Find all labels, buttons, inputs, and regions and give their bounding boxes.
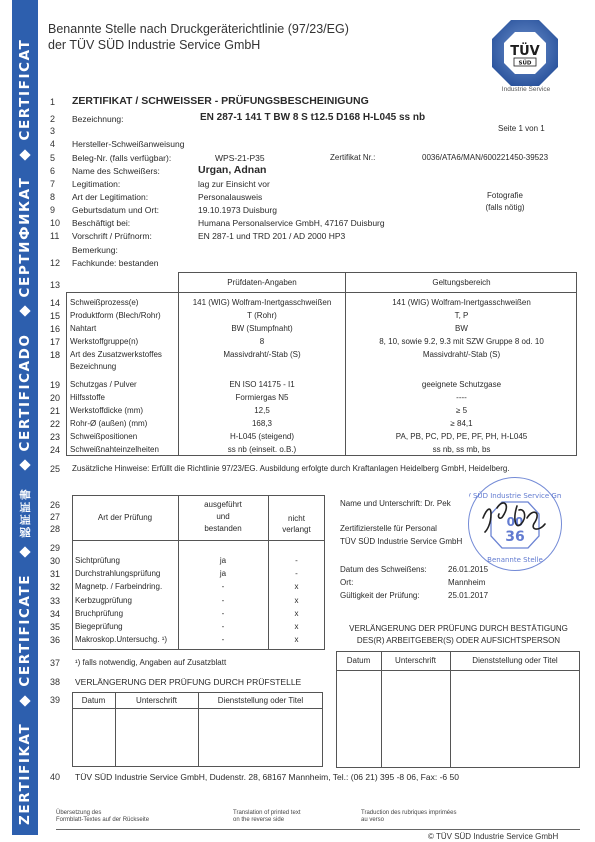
test-row-value: Formiergas N5 — [179, 393, 345, 402]
row-number: 26 — [50, 500, 60, 510]
column-header-signature: Unterschrift — [115, 696, 198, 705]
photo-placeholder-label: Fotografie — [470, 191, 540, 200]
employer-extension-title: VERLÄNGERUNG DER PRÜFUNG DURCH BESTÄTIGU… — [336, 624, 581, 633]
test-row-value: 12,5 — [179, 406, 345, 415]
logo-caption: Industrie Service — [489, 86, 563, 93]
employer-extension-subtitle: DES(R) ARBEITGEBER(S) ODER AUFSICHTSPERS… — [336, 636, 581, 645]
row-number: 21 — [50, 406, 60, 416]
test-row-value: BW (Stumpfnaht) — [179, 324, 345, 333]
footer-translation-fr: au verso — [361, 817, 384, 823]
exam-type: Durchstrahlungsprüfung — [75, 569, 160, 578]
row-number: 40 — [50, 772, 60, 782]
row-number: 39 — [50, 695, 60, 705]
value-vorschrift: EN 287-1 und TRD 201 / AD 2000 HP3 — [198, 231, 345, 241]
side-word: CERTIFICATE — [17, 574, 33, 687]
row-number: 10 — [50, 218, 60, 228]
value-place: Mannheim — [448, 578, 485, 587]
value-zertifikat: 0036/ATA6/MAN/600221450-39523 — [422, 153, 548, 162]
row-number: 9 — [50, 205, 55, 215]
copyright: © TÜV SÜD Industrie Service GmbH — [428, 832, 558, 841]
row-number: 20 — [50, 393, 60, 403]
page-info: Seite 1 von 1 — [498, 124, 545, 133]
row-number: 11 — [50, 231, 59, 241]
column-header-position: Dienststellung oder Titel — [450, 656, 580, 665]
test-row-range: PA, PB, PC, PD, PE, PF, PH, H-L045 — [346, 432, 577, 441]
table-divider — [450, 651, 451, 768]
test-row-value: Massivdraht/-Stab (S) — [179, 350, 345, 359]
exam-done: - — [178, 582, 268, 591]
label-hersteller: Hersteller-Schweißanweisung — [72, 139, 184, 149]
table-divider — [381, 651, 382, 768]
svg-text:36: 36 — [505, 529, 524, 545]
official-stamp: TÜV SÜD Industrie Service GmbH 00 36 Ben… — [468, 477, 562, 571]
row-number: 32 — [50, 582, 60, 592]
label-geburt: Geburtsdatum und Ort: — [72, 205, 159, 215]
footer-translation-en: on the reverse side — [233, 817, 284, 823]
exam-done: ja — [178, 556, 268, 565]
exam-not-required: - — [268, 569, 325, 578]
value-bezeichnung: EN 287-1 141 T BW 8 S t12.5 D168 H-L045 … — [200, 112, 425, 123]
row-number: 7 — [50, 179, 55, 189]
test-row-range: 141 (WIG) Wolfram-Inertgasschweißen — [346, 298, 577, 307]
column-header-not-required: nicht — [268, 514, 325, 523]
test-row-label: Rohr-Ø (außen) (mm) — [70, 419, 147, 428]
value-beleg: WPS-21-P35 — [215, 153, 265, 163]
row-number: 19 — [50, 380, 60, 390]
test-row-value: EN ISO 14175 - I1 — [179, 380, 345, 389]
exam-not-required: x — [268, 596, 325, 605]
footer-translation-de: Übersetzung des — [56, 810, 101, 816]
column-header-not-required: verlangt — [268, 525, 325, 534]
test-row-value: H-L045 (steigend) — [179, 432, 345, 441]
footnote: ¹) falls notwendig, Angaben auf Zusatzbl… — [75, 658, 226, 667]
exam-type: Magnetp. / Farbeindring. — [75, 582, 162, 591]
diamond-icon — [19, 460, 30, 471]
column-header-exam-type: Art der Prüfung — [72, 513, 178, 522]
test-row-label: Art des Zusatzwerkstoffes — [70, 350, 162, 359]
test-row-label: Schweißpositionen — [70, 432, 137, 441]
row-number: 4 — [50, 139, 55, 149]
test-row-label: Werkstoffdicke (mm) — [70, 406, 143, 415]
exam-not-required: x — [268, 635, 325, 644]
label-zertifikat: Zertifikat Nr.: — [330, 153, 375, 162]
test-row-value: 8 — [179, 337, 345, 346]
diamond-icon — [19, 149, 30, 160]
row-number: 31 — [50, 569, 60, 579]
row-number: 29 — [50, 543, 60, 553]
additional-notes: Zusätzliche Hinweise: Erfüllt die Richtl… — [72, 464, 510, 473]
svg-text:TÜV: TÜV — [510, 43, 540, 59]
row-number: 34 — [50, 609, 60, 619]
row-number: 14 — [50, 298, 60, 308]
exam-type: Biegeprüfung — [75, 622, 123, 631]
exam-not-required: x — [268, 609, 325, 618]
test-row-label: Schutzgas / Pulver — [70, 380, 137, 389]
stamp-icon: TÜV SÜD Industrie Service GmbH 00 36 Ben… — [469, 478, 561, 570]
certification-body-company: TÜV SÜD Industrie Service GmbH — [340, 537, 462, 546]
test-row-range: BW — [346, 324, 577, 333]
column-header-done: bestanden — [178, 524, 268, 533]
diamond-icon — [19, 306, 30, 317]
label-bezeichnung: Bezeichnung: — [72, 114, 124, 124]
column-header-signature: Unterschrift — [381, 656, 450, 665]
certification-body: Zertifizierstelle für Personal — [340, 524, 437, 533]
row-number: 8 — [50, 192, 55, 202]
column-header-position: Dienststellung oder Titel — [198, 696, 323, 705]
row-number: 16 — [50, 324, 60, 334]
test-row-label: Hilfsstoffe — [70, 393, 105, 402]
label-validity: Gültigkeit der Prüfung: — [340, 591, 420, 600]
column-header-date: Datum — [72, 696, 115, 705]
header-line-2: der TÜV SÜD Industrie Service GmbH — [48, 38, 260, 52]
row-number: 3 — [50, 126, 55, 136]
test-row-label: Werkstoffgruppe(n) — [70, 337, 138, 346]
exam-type: Sichtprüfung — [75, 556, 120, 565]
label-bemerkung: Bemerkung: — [72, 245, 118, 255]
footer-divider — [56, 829, 580, 830]
diamond-icon — [19, 695, 30, 706]
side-word: ZERTIFIKAT — [17, 723, 33, 825]
row-number: 6 — [50, 166, 55, 176]
test-row-label: Nahtart — [70, 324, 96, 333]
row-number: 18 — [50, 350, 60, 360]
row-number: 12 — [50, 258, 60, 268]
column-header-range: Geltungsbereich — [346, 278, 577, 287]
label-fachkunde: Fachkunde: bestanden — [72, 258, 158, 268]
exam-not-required: x — [268, 622, 325, 631]
label-welding-date: Datum des Schweißens: — [340, 565, 427, 574]
exam-type: Makroskop.Untersuchg. ¹) — [75, 635, 167, 644]
side-word: СЕРТИФИКАТ — [17, 177, 33, 298]
exam-done: ja — [178, 569, 268, 578]
table-divider — [72, 540, 325, 541]
label-legitimation: Legitimation: — [72, 179, 120, 189]
row-number: 17 — [50, 337, 60, 347]
header-line-1: Benannte Stelle nach Druckgeräterichtlin… — [48, 22, 349, 36]
row-number: 22 — [50, 419, 60, 429]
exam-type: Kerbzugprüfung — [75, 596, 132, 605]
exam-not-required: - — [268, 556, 325, 565]
value-welding-date: 26.01.2015 — [448, 565, 488, 574]
row-number: 36 — [50, 635, 60, 645]
table-divider — [178, 292, 577, 293]
column-header-done: ausgeführt — [178, 500, 268, 509]
svg-text:Benannte Stelle: Benannte Stelle — [487, 556, 543, 564]
label-art-legitimation: Art der Legitimation: — [72, 192, 148, 202]
row-number: 38 — [50, 677, 60, 687]
column-header-test-data: Prüfdaten-Angaben — [179, 278, 345, 287]
exam-type: Bruchprüfung — [75, 609, 123, 618]
row-number: 2 — [50, 114, 55, 124]
tuv-sud-logo-icon: TÜV SÜD — [490, 18, 560, 88]
row-number: 13 — [50, 280, 60, 290]
footer-translation-de: Formblatt-Textes auf der Rückseite — [56, 817, 149, 823]
value-validity: 25.01.2017 — [448, 591, 488, 600]
test-row-range: ≥ 84,1 — [346, 419, 577, 428]
signature-name: Name und Unterschrift: Dr. Pek — [340, 499, 451, 508]
label-place: Ort: — [340, 578, 353, 587]
label-name: Name des Schweißers: — [72, 166, 160, 176]
row-number: 23 — [50, 432, 60, 442]
row-number: 5 — [50, 153, 55, 163]
side-word: CERTIFICADO — [17, 333, 33, 451]
footer-translation-en: Translation of printed text — [233, 810, 300, 816]
label-beschaeftigt: Beschäftigt bei: — [72, 218, 130, 228]
row-number: 37 — [50, 658, 60, 668]
row-number: 24 — [50, 445, 60, 455]
test-row-label: Produktform (Blech/Rohr) — [70, 311, 161, 320]
issuer-address: TÜV SÜD Industrie Service GmbH, Dudenstr… — [75, 772, 459, 782]
table-divider — [336, 670, 580, 671]
svg-text:TÜV SÜD Industrie Service GmbH: TÜV SÜD Industrie Service GmbH — [469, 491, 561, 500]
label-beleg: Beleg-Nr. (falls verfügbar): — [72, 153, 171, 163]
value-art-legitimation: Personalausweis — [198, 192, 262, 202]
column-header-done: und — [178, 512, 268, 521]
test-row-label: Schweißnahteinzelheiten — [70, 445, 159, 454]
test-row-range: 8, 10, sowie 9.2, 9.3 mit SZW Gruppe 8 o… — [346, 337, 577, 346]
exam-done: - — [178, 635, 268, 644]
row-number: 1 — [50, 97, 55, 107]
certificate-title: ZERTIFIKAT / SCHWEISSER - PRÜFUNGSBESCHE… — [72, 95, 369, 107]
row-number: 15 — [50, 311, 60, 321]
row-number: 25 — [50, 464, 60, 474]
column-header-date: Datum — [336, 656, 381, 665]
test-row-label: Schweißprozess(e) — [70, 298, 138, 307]
row-number: 27 — [50, 512, 60, 522]
test-row-range: geeignete Schutzgase — [346, 380, 577, 389]
body-extension-title: VERLÄNGERUNG DER PRÜFUNG DURCH PRÜFSTELL… — [75, 677, 301, 687]
row-number: 35 — [50, 622, 60, 632]
test-row-label: Bezeichnung — [70, 362, 116, 371]
value-geburt: 19.10.1973 Duisburg — [198, 205, 277, 215]
test-row-range: T, P — [346, 311, 577, 320]
svg-text:SÜD: SÜD — [519, 60, 532, 67]
row-number: 33 — [50, 596, 60, 606]
photo-placeholder-note: (falls nötig) — [470, 203, 540, 212]
value-name: Urgan, Adnan — [198, 164, 266, 176]
certificate-side-band: ZERTIFIKAT CERTIFICATE 認証証書 CERTIFICADO … — [12, 0, 38, 835]
test-row-range: ---- — [346, 393, 577, 402]
test-row-value: T (Rohr) — [179, 311, 345, 320]
test-row-value: 141 (WIG) Wolfram-Inertgasschweißen — [179, 298, 345, 307]
test-row-range: Massivdraht/-Stab (S) — [346, 350, 577, 359]
side-word: 認証証書 — [17, 488, 33, 538]
exam-done: - — [178, 596, 268, 605]
employer-extension-table — [336, 651, 580, 768]
exam-not-required: x — [268, 582, 325, 591]
footer-translation-fr: Traduction des rubriques imprimées — [361, 810, 456, 816]
test-row-value: 168,3 — [179, 419, 345, 428]
label-vorschrift: Vorschrift / Prüfnorm: — [72, 231, 152, 241]
row-number: 30 — [50, 556, 60, 566]
test-row-range: ≥ 5 — [346, 406, 577, 415]
row-number: 28 — [50, 524, 60, 534]
exam-done: - — [178, 622, 268, 631]
value-legitimation: lag zur Einsicht vor — [198, 179, 270, 189]
diamond-icon — [19, 546, 30, 557]
test-row-range: ss nb, ss mb, bs — [346, 445, 577, 454]
side-band-text: ZERTIFIKAT CERTIFICATE 認証証書 CERTIFICADO … — [12, 0, 38, 835]
value-beschaeftigt: Humana Personalservice GmbH, 47167 Duisb… — [198, 218, 385, 228]
test-row-value: ss nb (einseit. o.B.) — [179, 445, 345, 454]
side-word: CERTIFICAT — [17, 39, 33, 141]
exam-done: - — [178, 609, 268, 618]
